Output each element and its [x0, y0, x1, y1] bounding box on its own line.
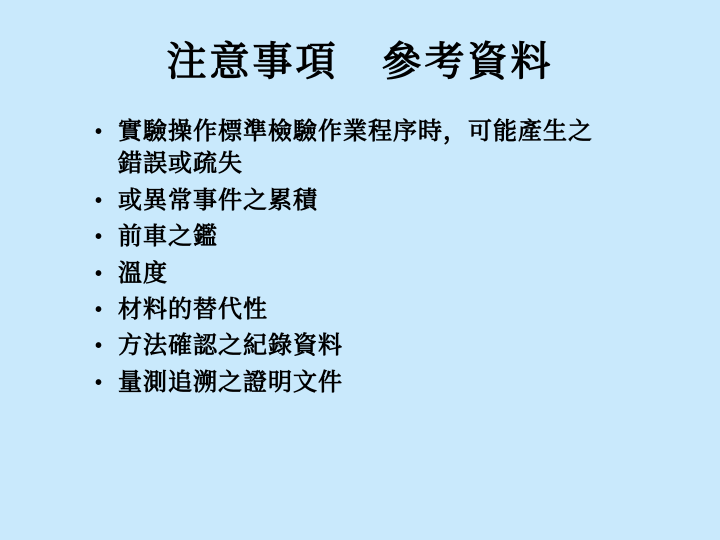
list-item-text: 溫度: [118, 260, 168, 287]
list-item: • 實驗操作標準檢驗作業程序時，可能產生之錯誤或疏失: [88, 116, 593, 181]
list-item: • 或異常事件之累積: [88, 185, 593, 217]
list-item-text: 實驗操作標準檢驗作業程序時，可能產生之錯誤或疏失: [118, 118, 593, 177]
bullet-icon: •: [88, 258, 110, 290]
presentation-slide: 注意事項 參考資料 • 實驗操作標準檢驗作業程序時，可能產生之錯誤或疏失 • 或…: [0, 0, 720, 540]
list-item-text: 量測追溯之證明文件: [118, 369, 343, 396]
list-item-text: 前車之鑑: [118, 223, 218, 250]
list-item: • 量測追溯之證明文件: [88, 367, 593, 399]
list-item-text: 方法確認之紀錄資料: [118, 332, 343, 359]
slide-title: 注意事項 參考資料: [0, 40, 720, 84]
list-item-text: 材料的替代性: [118, 296, 268, 323]
list-item: • 溫度: [88, 258, 593, 290]
bullet-icon: •: [88, 330, 110, 362]
list-item: • 方法確認之紀錄資料: [88, 330, 593, 362]
list-item: • 前車之鑑: [88, 221, 593, 253]
bullet-icon: •: [88, 294, 110, 326]
list-item-text: 或異常事件之累積: [118, 187, 318, 214]
bullet-icon: •: [88, 367, 110, 399]
bullet-icon: •: [88, 221, 110, 253]
bullet-icon: •: [88, 116, 110, 148]
list-item: • 材料的替代性: [88, 294, 593, 326]
bullet-list: • 實驗操作標準檢驗作業程序時，可能產生之錯誤或疏失 • 或異常事件之累積 • …: [88, 116, 593, 399]
bullet-icon: •: [88, 185, 110, 217]
